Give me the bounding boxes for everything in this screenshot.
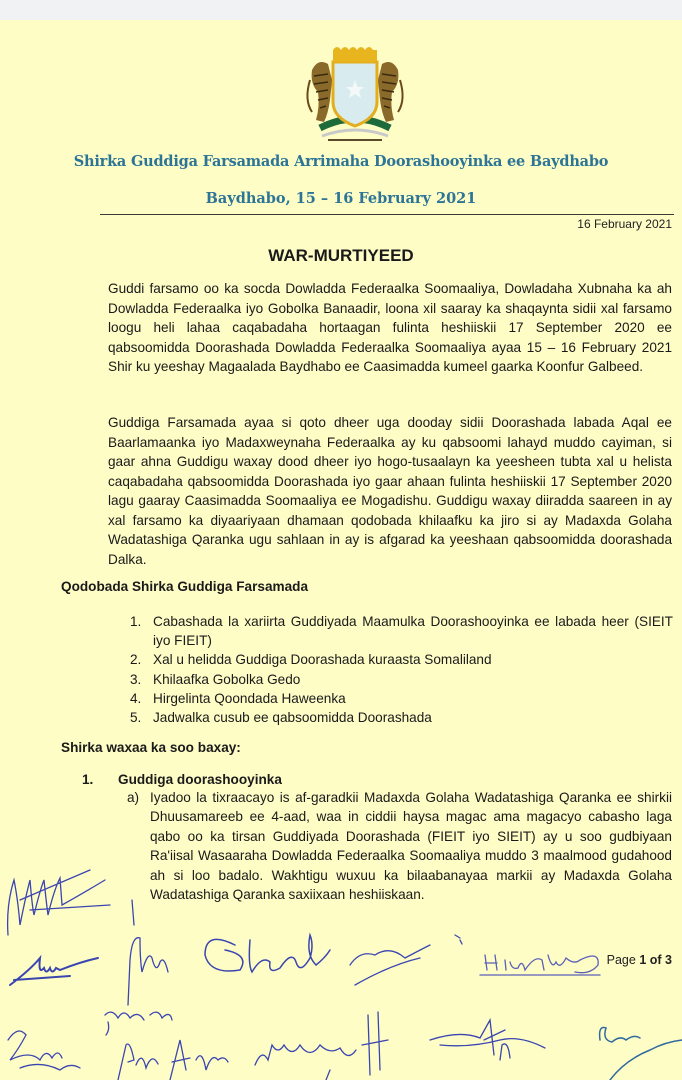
agenda-item-number: 5. [130, 708, 141, 727]
outcomes-title: Shirka waxaa ka soo baxay: [61, 740, 241, 755]
organization-title: Shirka Guddiga Farsamada Arrimaha Dooras… [0, 153, 682, 170]
agenda-item-text: Jadwalka cusub ee qabsoomidda Doorashada [153, 710, 432, 725]
agenda-item: 2.Xal u helidda Guddiga Doorashada kuraa… [130, 650, 673, 669]
agenda-item-number: 2. [130, 650, 141, 669]
agenda-item-number: 1. [130, 612, 141, 631]
agenda-item: 4.Hirgelinta Qoondada Haweenka [130, 689, 673, 708]
outcome-number: 1. [82, 772, 93, 787]
agenda-list: 1.Cabashada la xariirta Guddiyada Maamul… [130, 612, 673, 727]
agenda-item-number: 3. [130, 670, 141, 689]
intro-paragraph: Guddi farsamo oo ka socda Dowladda Feder… [108, 279, 672, 377]
agenda-item-text: Khilaafka Gobolka Gedo [153, 672, 300, 687]
agenda-item: 1.Cabashada la xariirta Guddiyada Maamul… [130, 612, 673, 650]
agenda-item: 5.Jadwalka cusub ee qabsoomidda Doorasha… [130, 708, 673, 727]
coat-of-arms-icon [300, 40, 410, 150]
meeting-location-date: Baydhabo, 15 – 16 February 2021 [0, 190, 682, 207]
discussion-paragraph: Guddiga Farsamada ayaa si qoto dheer uga… [108, 413, 672, 569]
page-number: Page 1 of 3 [607, 953, 672, 967]
outcome-title: Guddiga doorashooyinka [118, 772, 282, 787]
agenda-item-text: Cabashada la xariirta Guddiyada Maamulka… [153, 614, 673, 648]
agenda-item-text: Xal u helidda Guddiga Doorashada kuraast… [153, 652, 492, 667]
subitem-text: Iyadoo la tixraacayo is af-garadkii Mada… [150, 788, 672, 904]
agenda-item-number: 4. [130, 689, 141, 708]
subitem-letter: a) [127, 790, 139, 805]
agenda-item-text: Hirgelinta Qoondada Haweenka [153, 691, 346, 706]
document-heading: WAR-MURTIYEED [0, 246, 682, 266]
agenda-item: 3.Khilaafka Gobolka Gedo [130, 670, 673, 689]
agenda-title: Qodobada Shirka Guddiga Farsamada [61, 579, 308, 594]
document-date: 16 February 2021 [577, 217, 672, 231]
header-divider [100, 214, 674, 215]
